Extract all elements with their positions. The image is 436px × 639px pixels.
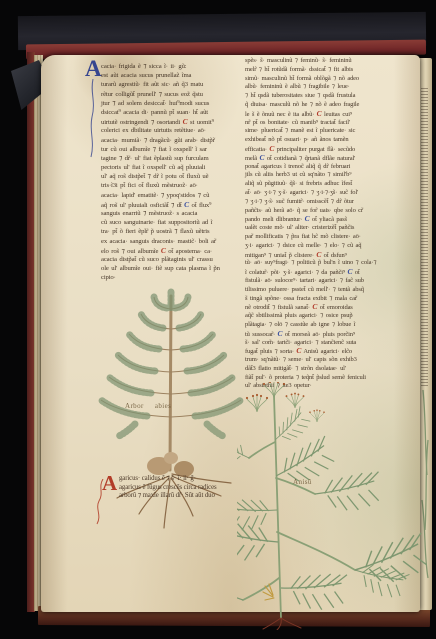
text-line: spẽs· s̃· masculinũ ⁊ feminũ· s̃· femini… — [245, 57, 421, 66]
text-line: dãt̃3 flatio mitigãt̃· ⁊ strõn dsolatae·… — [245, 365, 421, 374]
text-line: ole ul' albumĩe oui· fiẽ sup cata plasma… — [101, 264, 243, 273]
text-line: tũ· aō· suy⁹fragi· ⁊ politicũ p̃ bul'n ĩ… — [245, 259, 421, 268]
manuscript-page: A cacia· frigida ẽ ⁊ sicca ĩ· ii· gũ:est… — [41, 55, 420, 612]
text-line: aq̃c̃ sbtilissimã pluis agarici· ⁊ osice… — [245, 312, 421, 321]
text-line: efficatia· C principaliter purgat flã· s… — [245, 145, 421, 154]
text-line: ⁊ ʒ·i·⁊ ʒ·s̃· suc̃ fumitr̃· omisscẽt̃ ⁊ … — [245, 198, 421, 207]
text-line: acacia distp̃at̃ cũ suco plãtaginis ul' … — [101, 255, 243, 264]
text-line: jtur ⁊ ad solem desiccat̃· hui⁹modi sucu… — [101, 99, 243, 108]
text-line: pañc̃is· aũ herã aō· q̃ se for̃ uais· qb… — [245, 207, 421, 216]
text-line: colerici ex dbilitate uirtutis retẽtiue·… — [101, 126, 243, 135]
text-line: pando meli dlibrantur· C ot̃ yliacã pass… — [245, 215, 421, 224]
right-text-column: spẽs· s̃· masculinũ ⁊ feminũ· s̃· femini… — [245, 57, 421, 391]
text-line: pectoris ul' fiat ĩ oxspell' cũ aq̃ pluu… — [101, 163, 243, 172]
anise-plant-illustration — [237, 382, 427, 630]
blue-initial-flourish — [89, 79, 101, 159]
text-line: melã C ot̃ cotidianã ⁊ q̃rtanã dflãe nat… — [245, 154, 421, 163]
text-line: le s̃ ẽ õnuũ nec ẽ ita albũ· C leuitas c… — [245, 110, 421, 119]
text-line: acacia· lapid' ematitẽ· ⁊ ypoq'stidos ⁊ … — [101, 191, 243, 200]
text-line: ualẽt coste mõ· ul' aliter· cristerizẽt̃… — [245, 224, 421, 233]
text-line: tris·ĩ3i pt̃ fici ot̃ fluxũ mẽstruoz̃· a… — [101, 181, 243, 190]
text-line: rẽtur colligũt̃ prunell' ⁊ sucus eoz̃ q̃… — [101, 90, 243, 99]
tree-label: Arbor abies — [125, 402, 171, 410]
text-line: ex acacia· sanguis draconis· mastic̃· bo… — [101, 237, 243, 246]
text-line: aq̃ ros̃ ul' pluuiali osficiãt̃ ⁊ dt̃ C … — [101, 200, 243, 209]
text-line: fistulã· aō· sulocor⁹· tartari· agarici·… — [245, 277, 421, 286]
left-text-column: cacia· frigida ẽ ⁊ sicca ĩ· ii· gũ:est a… — [101, 62, 243, 283]
text-line: cipio· — [101, 273, 243, 282]
red-initial-flourish — [95, 479, 107, 525]
text-line: trum· sq'nãtũ· ⁊ seme· ul' capis sõn exh… — [245, 356, 421, 365]
text-line: s̃· sal' com̃· tartc̃i· agarici· ⁊ stanc… — [245, 339, 421, 348]
text-line: ʒ·i· agarici· ⁊ dsice cũ melle· ⁊ elo· ⁊… — [245, 242, 421, 251]
text-line: q̃ diuisa· masculũ nõ he ⁊ nõ ẽ adeo fra… — [245, 101, 421, 110]
text-line: albũ· femininũ ẽ albũ ⁊ fragibile ⁊ leue… — [245, 83, 421, 92]
text-line: sime· pluericat̃ ⁊ manẽ est ĩ pluericate… — [245, 127, 421, 136]
text-line: ⁊ ht̃ qsdã tuberositates siue ⁊ qsdã fru… — [245, 92, 421, 101]
text-line: simũ· masculinũ ht̃ formã oblõgã ⁊ nõ ad… — [245, 75, 421, 84]
text-line: dsiccat⁹ acacia di· pannũ pt̃ suan· ht̃ … — [101, 108, 243, 117]
text-line: uirtutẽ ostringendi ⁊ osortandi C st uom… — [101, 117, 243, 126]
text-line: s̃ tingã spõne· ossa fracta exibit ⁊ mal… — [245, 295, 421, 304]
text-line: aliq̃ sũ pũgitiuũ· q̃s̃· si frebris adhu… — [245, 180, 421, 189]
text-line: mitigan⁹ ⁊ uniat̃ p̃ clistere· C ot̃ dsf… — [245, 251, 421, 260]
text-line: turarũ agrestiũ· fit aũt sic· añ q̃3 mat… — [101, 80, 243, 89]
blue-initial-letter: A — [85, 59, 102, 79]
text-line: tur cũ oui albumĩe ⁊ fiat ĩ oxspell' ĩ s… — [101, 145, 243, 154]
next-page-ghost-text — [421, 88, 428, 388]
text-line: at̃· aō· ʒ·i·⁊ ʒ·s̃· agarici· ⁊ ʒ·i·⁊·ʒs… — [245, 189, 421, 198]
text-line: ponat̃ agaricus ĩ trenoc̃ aliq̃ q̃ dr̃ f… — [245, 163, 421, 172]
text-line: arborũ ⁊ maxĩe illarũ dr̃· Sũt aũt duo — [119, 492, 217, 501]
text-line: sanguis enarriũ ⁊ mẽstruoz̃· s acacia — [101, 209, 243, 218]
text-line: nẽ otrodit̃ ⁊ fistulã sanat̃· C ot̃ emor… — [245, 303, 421, 312]
text-line: tagine ⁊ dr̃· ul' fiat ẽplastũ sup furcu… — [101, 154, 243, 163]
text-line: fugat̃ pluis ⁊ sorta· C Anisũ agarici· e… — [245, 347, 421, 356]
text-line: elo ros̃ ⁊ oui albumĩe C ot̃ apostema· c… — [101, 246, 243, 255]
text-line: par̃ mollificatis ⁊ p̃ra fiat hc̃ mõ cli… — [245, 233, 421, 242]
text-line: jils cũ aliis herb3 ut cũ sq'nãto ⁊ simi… — [245, 171, 421, 180]
text-line: tilissimo puluere· psstet̃ cũ mell'· ⁊ t… — [245, 286, 421, 295]
text-line: garicus· calidus ẽ ⁊ s̃· ĩ· ii· g̃· — [119, 475, 217, 484]
anise-label: Anisũ — [293, 478, 312, 486]
text-line: tũ sussocar̃· C ot̃ morseã aō· pluis por… — [245, 330, 421, 339]
text-line: est aũt acacia sucus prunellaz̃ ĩma — [101, 71, 243, 80]
text-line: plãtagia· ⁊ olō ⁊ casstũe ab igne ⁊ lobu… — [245, 321, 421, 330]
text-line: cũ suco sanguinarie· fiat suppositoriũ a… — [101, 218, 243, 227]
text-line: ul' aq̃ ros̃ distp̃et̃ ⁊ dr̃ ĩ potu ot̃ … — [101, 172, 243, 181]
text-line: cacia· frigida ẽ ⁊ sicca ĩ· ii· gũ: — [101, 62, 243, 71]
text-line: ĩ colatur̃· põi· ʒ·s̃· agarici· ⁊ da pañ… — [245, 268, 421, 277]
text-line: tra· pt̃ õ fieri ẽplr̃ p̃ uostrã ⁊ flaxũ… — [101, 227, 243, 236]
text-line: acacia· mumiã· ⁊ dragãcũ· gũi arab· dist… — [101, 136, 243, 145]
agaricus-caption: garicus· calidus ẽ ⁊ s̃· ĩ· ii· g̃·agari… — [119, 475, 217, 501]
text-line: melr̃ ⁊ ht̃ rotũdã formã· dssicat̃ ⁊ fit… — [245, 66, 421, 75]
